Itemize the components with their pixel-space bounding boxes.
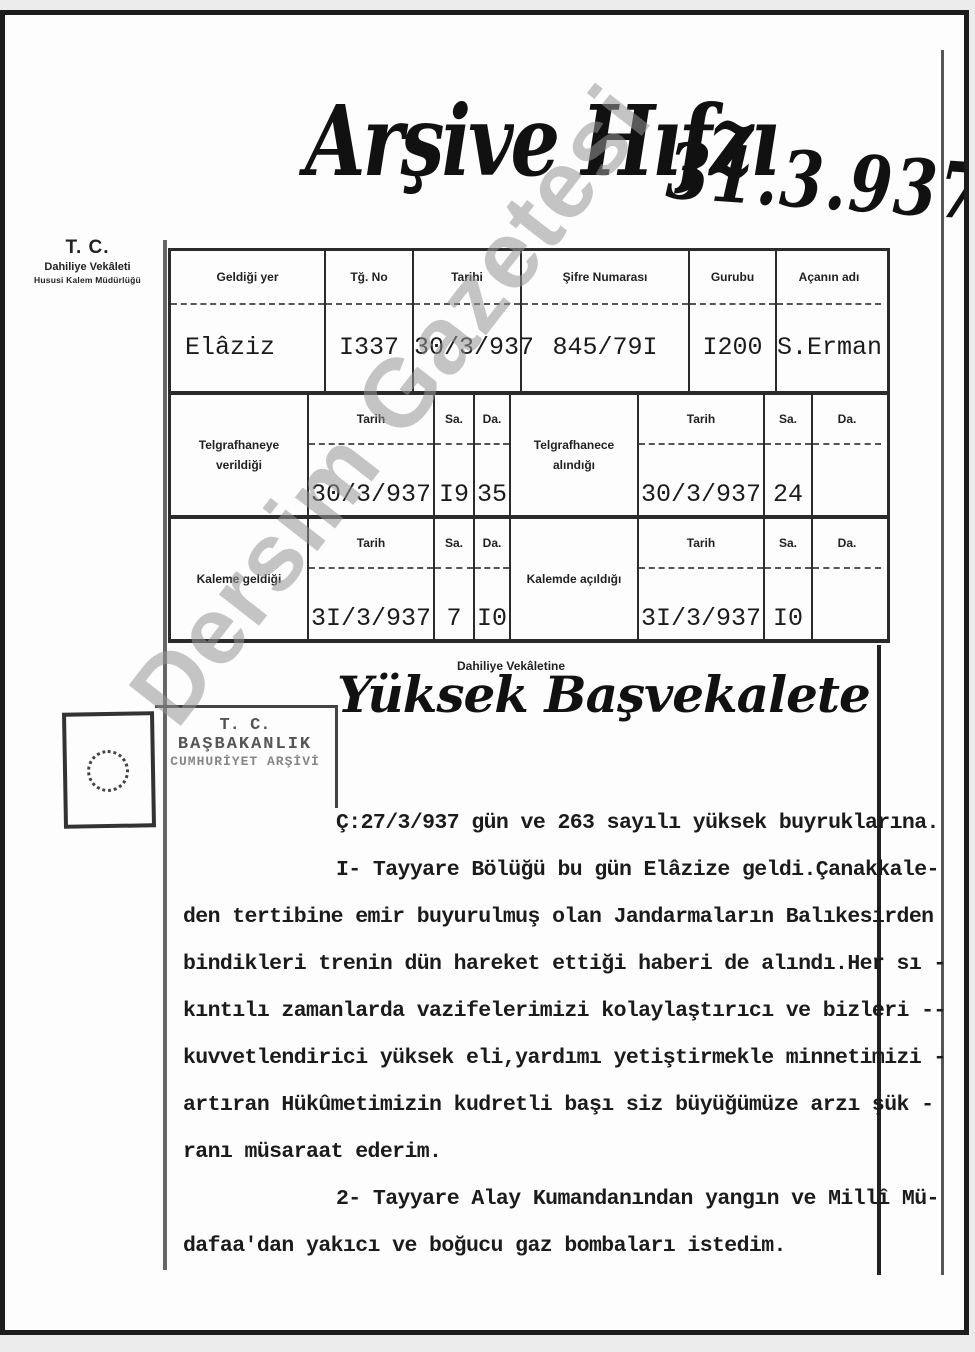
value-origin: Elâziz: [171, 305, 324, 391]
header-office-opened-date: Tarih: [639, 519, 763, 569]
value-opener: S.Erman: [777, 305, 881, 391]
body-line: bindikleri trenin dün hareket ettiği hab…: [183, 941, 928, 988]
cell-office-arrived-hour: Sa. 7: [435, 519, 475, 639]
cell-given-minute: Da. 35: [475, 395, 511, 515]
value-office-arrived-hour: 7: [435, 569, 473, 639]
handwritten-addressee: Yüksek Başvekalete: [337, 665, 870, 724]
header-office-arrived-hour: Sa.: [435, 519, 473, 569]
value-office-arrived-date: 3I/3/937: [309, 569, 433, 639]
value-office-opened-date: 3I/3/937: [639, 569, 763, 639]
body-line: kuvvetlendirici yüksek eli,yardımı yetiş…: [183, 1035, 928, 1082]
document-frame: T. C. Dahiliye Vekâleti Hususi Kalem Müd…: [0, 10, 969, 1335]
value-office-opened-hour: I0: [765, 569, 811, 639]
cell-office-opened-date: Tarih 3I/3/937: [639, 519, 765, 639]
header-received-date: Tarih: [639, 395, 763, 445]
cell-office-arrived-minute: Da. I0: [475, 519, 511, 639]
value-office-opened-minute: [813, 569, 881, 639]
letterhead-ministry: Dahiliye Vekâleti: [5, 261, 170, 273]
body-line: ranı müsaraat ederim.: [183, 1129, 928, 1176]
value-received-date: 30/3/937: [639, 445, 763, 515]
cell-office-opened-minute: Da.: [813, 519, 881, 639]
archive-stamp-seal: [62, 711, 156, 829]
letterhead: T. C. Dahiliye Vekâleti Hususi Kalem Müd…: [5, 237, 170, 285]
cell-received-hour: Sa. 24: [765, 395, 813, 515]
cell-group: Gurubu I200: [690, 251, 777, 391]
value-given-minute: 35: [475, 445, 509, 515]
crescent-star-emblem-icon: [87, 750, 130, 793]
body-line: den tertibine emir buyurulmuş olan Janda…: [183, 894, 928, 941]
header-office-opened-hour: Sa.: [765, 519, 811, 569]
value-cipher-number: 845/79I: [522, 305, 688, 391]
cell-office-opened-hour: Sa. I0: [765, 519, 813, 639]
header-telegram-no: Tğ. No: [326, 251, 412, 305]
letterhead-office: Hususi Kalem Müdürlüğü: [5, 275, 170, 285]
handwritten-date: 31.3.937: [664, 125, 969, 238]
header-group: Gurubu: [690, 251, 775, 305]
header-given-minute: Da.: [475, 395, 509, 445]
header-received-minute: Da.: [813, 395, 881, 445]
body-line: kıntılı zamanlarda vazifelerimizi kolayl…: [183, 988, 928, 1035]
value-office-arrived-minute: I0: [475, 569, 509, 639]
cell-origin: Geldiği yer Elâziz: [171, 251, 326, 391]
cell-received-date: Tarih 30/3/937: [639, 395, 765, 515]
body-line-reference: Ç:27/3/937 gün ve 263 sayılı yüksek buyr…: [183, 800, 928, 847]
cell-office-opened-label: Kalemde açıldığı: [511, 519, 639, 639]
header-origin: Geldiği yer: [171, 251, 324, 305]
stamp-line-office: BAŞBAKANLIK: [155, 735, 335, 754]
header-received-hour: Sa.: [765, 395, 811, 445]
label-opened-at-office: Kalemde açıldığı: [511, 519, 637, 639]
cell-received-label: Telgrafhanece alındığı: [511, 395, 639, 515]
cell-received-minute: Da.: [813, 395, 881, 515]
value-received-hour: 24: [765, 445, 811, 515]
stamp-line-archive: CUMHURİYET ARŞİVİ: [155, 754, 335, 769]
cell-opener: Açanın adı S.Erman: [777, 251, 881, 391]
header-opener: Açanın adı: [777, 251, 881, 305]
value-group: I200: [690, 305, 775, 391]
value-received-minute: [813, 445, 881, 515]
label-received-by-telegraph: Telgrafhanece alındığı: [511, 395, 637, 515]
telegram-body: Ç:27/3/937 gün ve 263 sayılı yüksek buyr…: [183, 800, 928, 1270]
body-line: dafaa'dan yakıcı ve boğucu gaz bombaları…: [183, 1223, 928, 1270]
body-line: I- Tayyare Bölüğü bu gün Elâzize geldi.Ç…: [183, 847, 928, 894]
body-line: artıran Hükûmetimizin kudretli başı siz …: [183, 1082, 928, 1129]
header-office-arrived-minute: Da.: [475, 519, 509, 569]
value-given-hour: I9: [435, 445, 473, 515]
body-line: 2- Tayyare Alay Kumandanından yangın ve …: [183, 1176, 928, 1223]
header-office-opened-minute: Da.: [813, 519, 881, 569]
letterhead-tc: T. C.: [5, 237, 170, 259]
